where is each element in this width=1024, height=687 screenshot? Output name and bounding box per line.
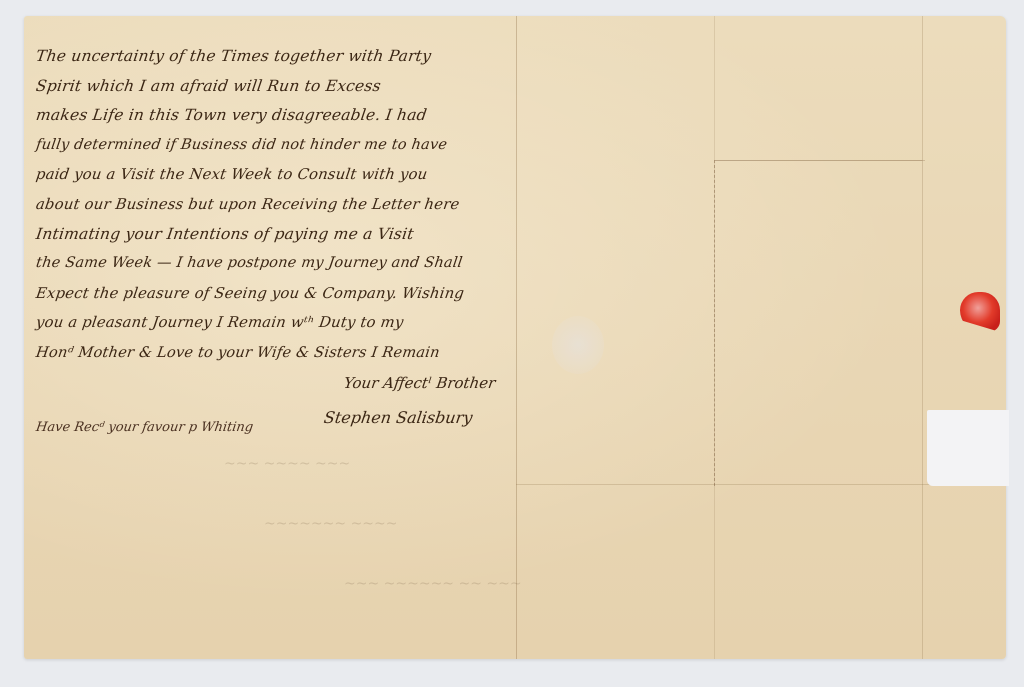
letter-line: The uncertainty of the Times together wi…: [34, 42, 508, 72]
letter-line: Spirit which I am afraid will Run to Exc…: [34, 72, 508, 102]
center-fold: [516, 16, 517, 659]
letter-line: fully determined if Business did not hin…: [34, 131, 508, 161]
letter-closing: Your Affectˡ Brother: [343, 374, 497, 392]
letter-line: Intimating your Intentions of paying me …: [34, 220, 508, 250]
letter-postscript: Have Recᵈ your favour p Whiting: [35, 420, 254, 435]
bleed-through-text: ~~~ ~~~~ ~~~: [224, 456, 350, 472]
letter-line: the Same Week — I have postpone my Journ…: [34, 249, 508, 279]
wax-seal: [960, 292, 1000, 332]
letter-signature: Stephen Salisbury: [323, 408, 474, 427]
address-panel: [714, 160, 925, 486]
letter-line: Expect the pleasure of Seeing you & Comp…: [34, 279, 508, 309]
letter-body: The uncertainty of the Times together wi…: [36, 42, 506, 368]
torn-paper-area: [927, 410, 1009, 486]
letter-line: Honᵈ Mother & Love to your Wife & Sister…: [34, 338, 508, 368]
letter-line: paid you a Visit the Next Week to Consul…: [34, 160, 508, 190]
bleed-through-text: ~~~ ~~~~~~ ~~ ~~~: [344, 576, 522, 592]
letter-sheet: The uncertainty of the Times together wi…: [24, 16, 1006, 659]
paper-stain: [552, 316, 604, 374]
letter-line: you a pleasant Journey I Remain wᵗʰ Duty…: [34, 308, 508, 338]
letter-line: about our Business but upon Receiving th…: [34, 190, 508, 220]
bleed-through-text: ~~~~~~~ ~~~~: [264, 516, 398, 532]
letter-line: makes Life in this Town very disagreeabl…: [34, 101, 508, 131]
